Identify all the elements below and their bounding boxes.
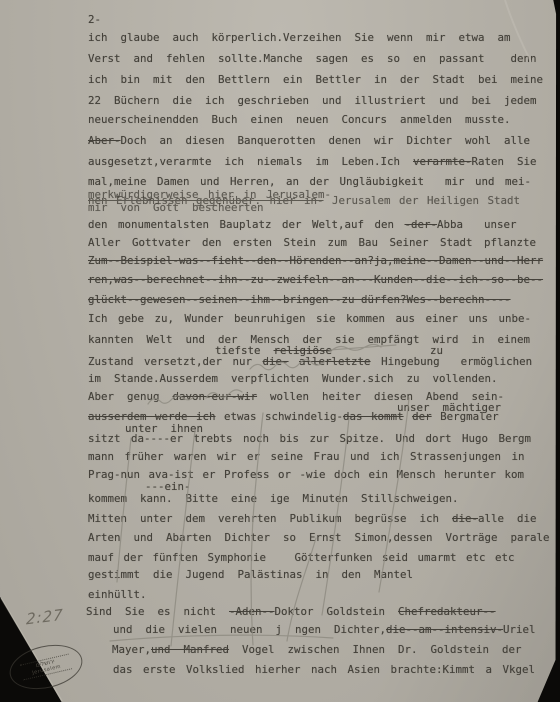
typewritten-line: sitzt da----er trebts noch bis zur Spitz… — [88, 432, 531, 445]
struck-text: allerletzte — [299, 355, 371, 368]
typed-text: kommem kann. Bitte eine ige Minuten Stil… — [88, 492, 459, 505]
typed-text: den monumentalsten Bauplatz der Welt,auf… — [88, 218, 405, 231]
typed-text: Verst and fehlen sollte.Manche sagen es … — [88, 52, 537, 65]
typed-text: Ich gebe zu, Wunder beunruhigen sie komm… — [88, 312, 531, 325]
struck-text: die- — [263, 355, 289, 368]
struck-text: -der- — [405, 218, 438, 231]
typewritten-line: Aller Gottvater den ersten Stein zum Bau… — [88, 236, 536, 249]
typed-text: etwas schwindelig- — [216, 410, 344, 423]
typewritten-line: ich bin mit den Bettlern ein Bettler in … — [88, 73, 543, 86]
typed-text: im Stande.Ausserdem verpflichten Wunder.… — [88, 372, 498, 385]
typed-text: Aber genug — [88, 390, 173, 403]
typed-text: und die vielen neuen j ngen Dichter, — [113, 623, 386, 636]
typewritten-line: das erste Volkslied hierher nach Asien b… — [113, 663, 535, 676]
typed-text — [289, 355, 300, 368]
typed-text: alle die — [478, 512, 537, 525]
struck-text: -Aden-- — [229, 605, 275, 618]
typed-text: sitzt da----er trebts noch bis zur Spitz… — [88, 432, 531, 445]
typewritten-line: Aber-Doch an diesen Banquerotten denen w… — [88, 134, 530, 147]
typewritten-line: glückt--gewesen--seinen--ihm--bringen--z… — [88, 293, 511, 306]
typewritten-line: im Stande.Ausserdem verpflichten Wunder.… — [88, 372, 498, 385]
typed-text — [404, 410, 413, 423]
typewritten-line: gestimmt die Jugend Palästinas in den Ma… — [88, 568, 413, 581]
scanned-document-page: 2-ich glaube auch körperlich.Verzeihen S… — [0, 0, 560, 702]
typed-text: Doktor Goldstein — [275, 605, 399, 618]
typewritten-line: Ich gebe zu, Wunder beunruhigen sie komm… — [88, 312, 531, 325]
typed-text: mir von Gott bescheerten — [88, 201, 264, 214]
typed-text: Bergmaler — [432, 410, 499, 423]
typed-text: Doch an diesen Banquerotten denen wir Di… — [121, 134, 531, 147]
struck-text: das kommt — [343, 410, 404, 423]
struck-text: der — [412, 410, 432, 423]
typewritten-line: ausgesetzt,verarmte ich niemals im Leben… — [88, 155, 537, 168]
struck-text: davon-eur-wir — [173, 390, 258, 403]
typewritten-line: mauf der fünften Symphonie Götterfunken … — [88, 551, 515, 564]
struck-text: und Manfred — [151, 643, 229, 656]
typed-text: neuerscheinendden Buch einen neuen Concu… — [88, 113, 511, 126]
typed-text: Mayer, — [112, 643, 151, 656]
struck-text: die--am--intensiv- — [386, 623, 503, 636]
struck-text: ren,was--berechnet--ihn--zu--zweifeln--a… — [88, 273, 543, 286]
typewritten-line: neuerscheinendden Buch einen neuen Concu… — [88, 113, 511, 126]
typed-text: einhüllt. — [88, 588, 147, 601]
typed-text: 2- — [88, 13, 101, 26]
typed-text: mann früher waren wir er seine Frau und … — [88, 450, 525, 463]
typewritten-line: 2- — [88, 13, 101, 26]
typewritten-line: Sind Sie es nicht -Aden--Doktor Goldstei… — [86, 605, 496, 618]
typed-text: Mitten unter dem verehrten Publikum begr… — [88, 512, 452, 525]
struck-text: die- — [452, 512, 478, 525]
typewritten-line: Mayer,und Manfred Vogel zwischen Ihnen D… — [112, 643, 522, 656]
typed-text: Vogel zwischen Ihnen Dr. Goldstein der — [229, 643, 522, 656]
typed-text: mal,meine Damen und Herren, an der Unglä… — [88, 175, 531, 188]
typewritten-line: mann früher waren wir er seine Frau und … — [88, 450, 525, 463]
typewritten-line: Mitten unter dem verehrten Publikum begr… — [88, 512, 537, 525]
struck-text: verarmte- — [413, 155, 472, 168]
typewritten-line: Arten und Abarten Dichter so Ernst Simon… — [88, 531, 550, 544]
typewritten-line: Verst and fehlen sollte.Manche sagen es … — [88, 52, 537, 65]
typed-text: Arten und Abarten Dichter so Ernst Simon… — [88, 531, 550, 544]
typewritten-line: ren,was--berechnet--ihn--zu--zweifeln--a… — [88, 273, 543, 286]
typed-text: Jerusalem der Heiligen Stadt — [324, 194, 521, 207]
typed-text: Abba unser — [437, 218, 517, 231]
typewritten-line: den monumentalsten Bauplatz der Welt,auf… — [88, 218, 517, 231]
typewritten-line: mir von Gott bescheerten — [88, 201, 264, 214]
typewritten-line: mal,meine Damen und Herren, an der Unglä… — [88, 175, 531, 188]
typewritten-line: kommem kann. Bitte eine ige Minuten Stil… — [88, 492, 459, 505]
struck-text: Zum--Beispiel-was--fieht--den--Hörenden-… — [88, 254, 543, 267]
typed-text: ich bin mit den Bettlern ein Bettler in … — [88, 73, 543, 86]
typed-text: Sind Sie es nicht — [86, 605, 229, 618]
typewritten-line: Zum--Beispiel-was--fieht--den--Hörenden-… — [88, 254, 543, 267]
typed-text: Hingebung ermöglichen — [371, 355, 533, 368]
typewritten-line: ich glaube auch körperlich.Verzeihen Sie… — [88, 31, 511, 44]
typed-text: gestimmt die Jugend Palästinas in den Ma… — [88, 568, 413, 581]
typed-text: mauf der fünften Symphonie Götterfunken … — [88, 551, 515, 564]
typed-text: Zustand versetzt,der nur — [88, 355, 263, 368]
typed-text: Aller Gottvater den ersten Stein zum Bau… — [88, 236, 536, 249]
typewritten-line: 22 Büchern die ich geschrieben und illus… — [88, 94, 537, 107]
typed-text: ausgesetzt,verarmte ich niemals im Leben… — [88, 155, 413, 168]
typed-text: Raten Sie — [472, 155, 537, 168]
typewritten-line: und die vielen neuen j ngen Dichter,die-… — [113, 623, 536, 636]
struck-text: Aber- — [88, 134, 121, 147]
typewritten-line: einhüllt. — [88, 588, 147, 601]
struck-text: Chefredakteur-- — [398, 605, 496, 618]
typewritten-line: Zustand versetzt,der nur die- allerletzt… — [88, 355, 532, 368]
typed-text: 22 Büchern die ich geschrieben und illus… — [88, 94, 537, 107]
struck-text: glückt--gewesen--seinen--ihm--bringen--z… — [88, 293, 511, 306]
typed-text: das erste Volkslied hierher nach Asien b… — [113, 663, 535, 676]
typed-text: Uriel — [503, 623, 536, 636]
typed-text: ich glaube auch körperlich.Verzeihen Sie… — [88, 31, 511, 44]
